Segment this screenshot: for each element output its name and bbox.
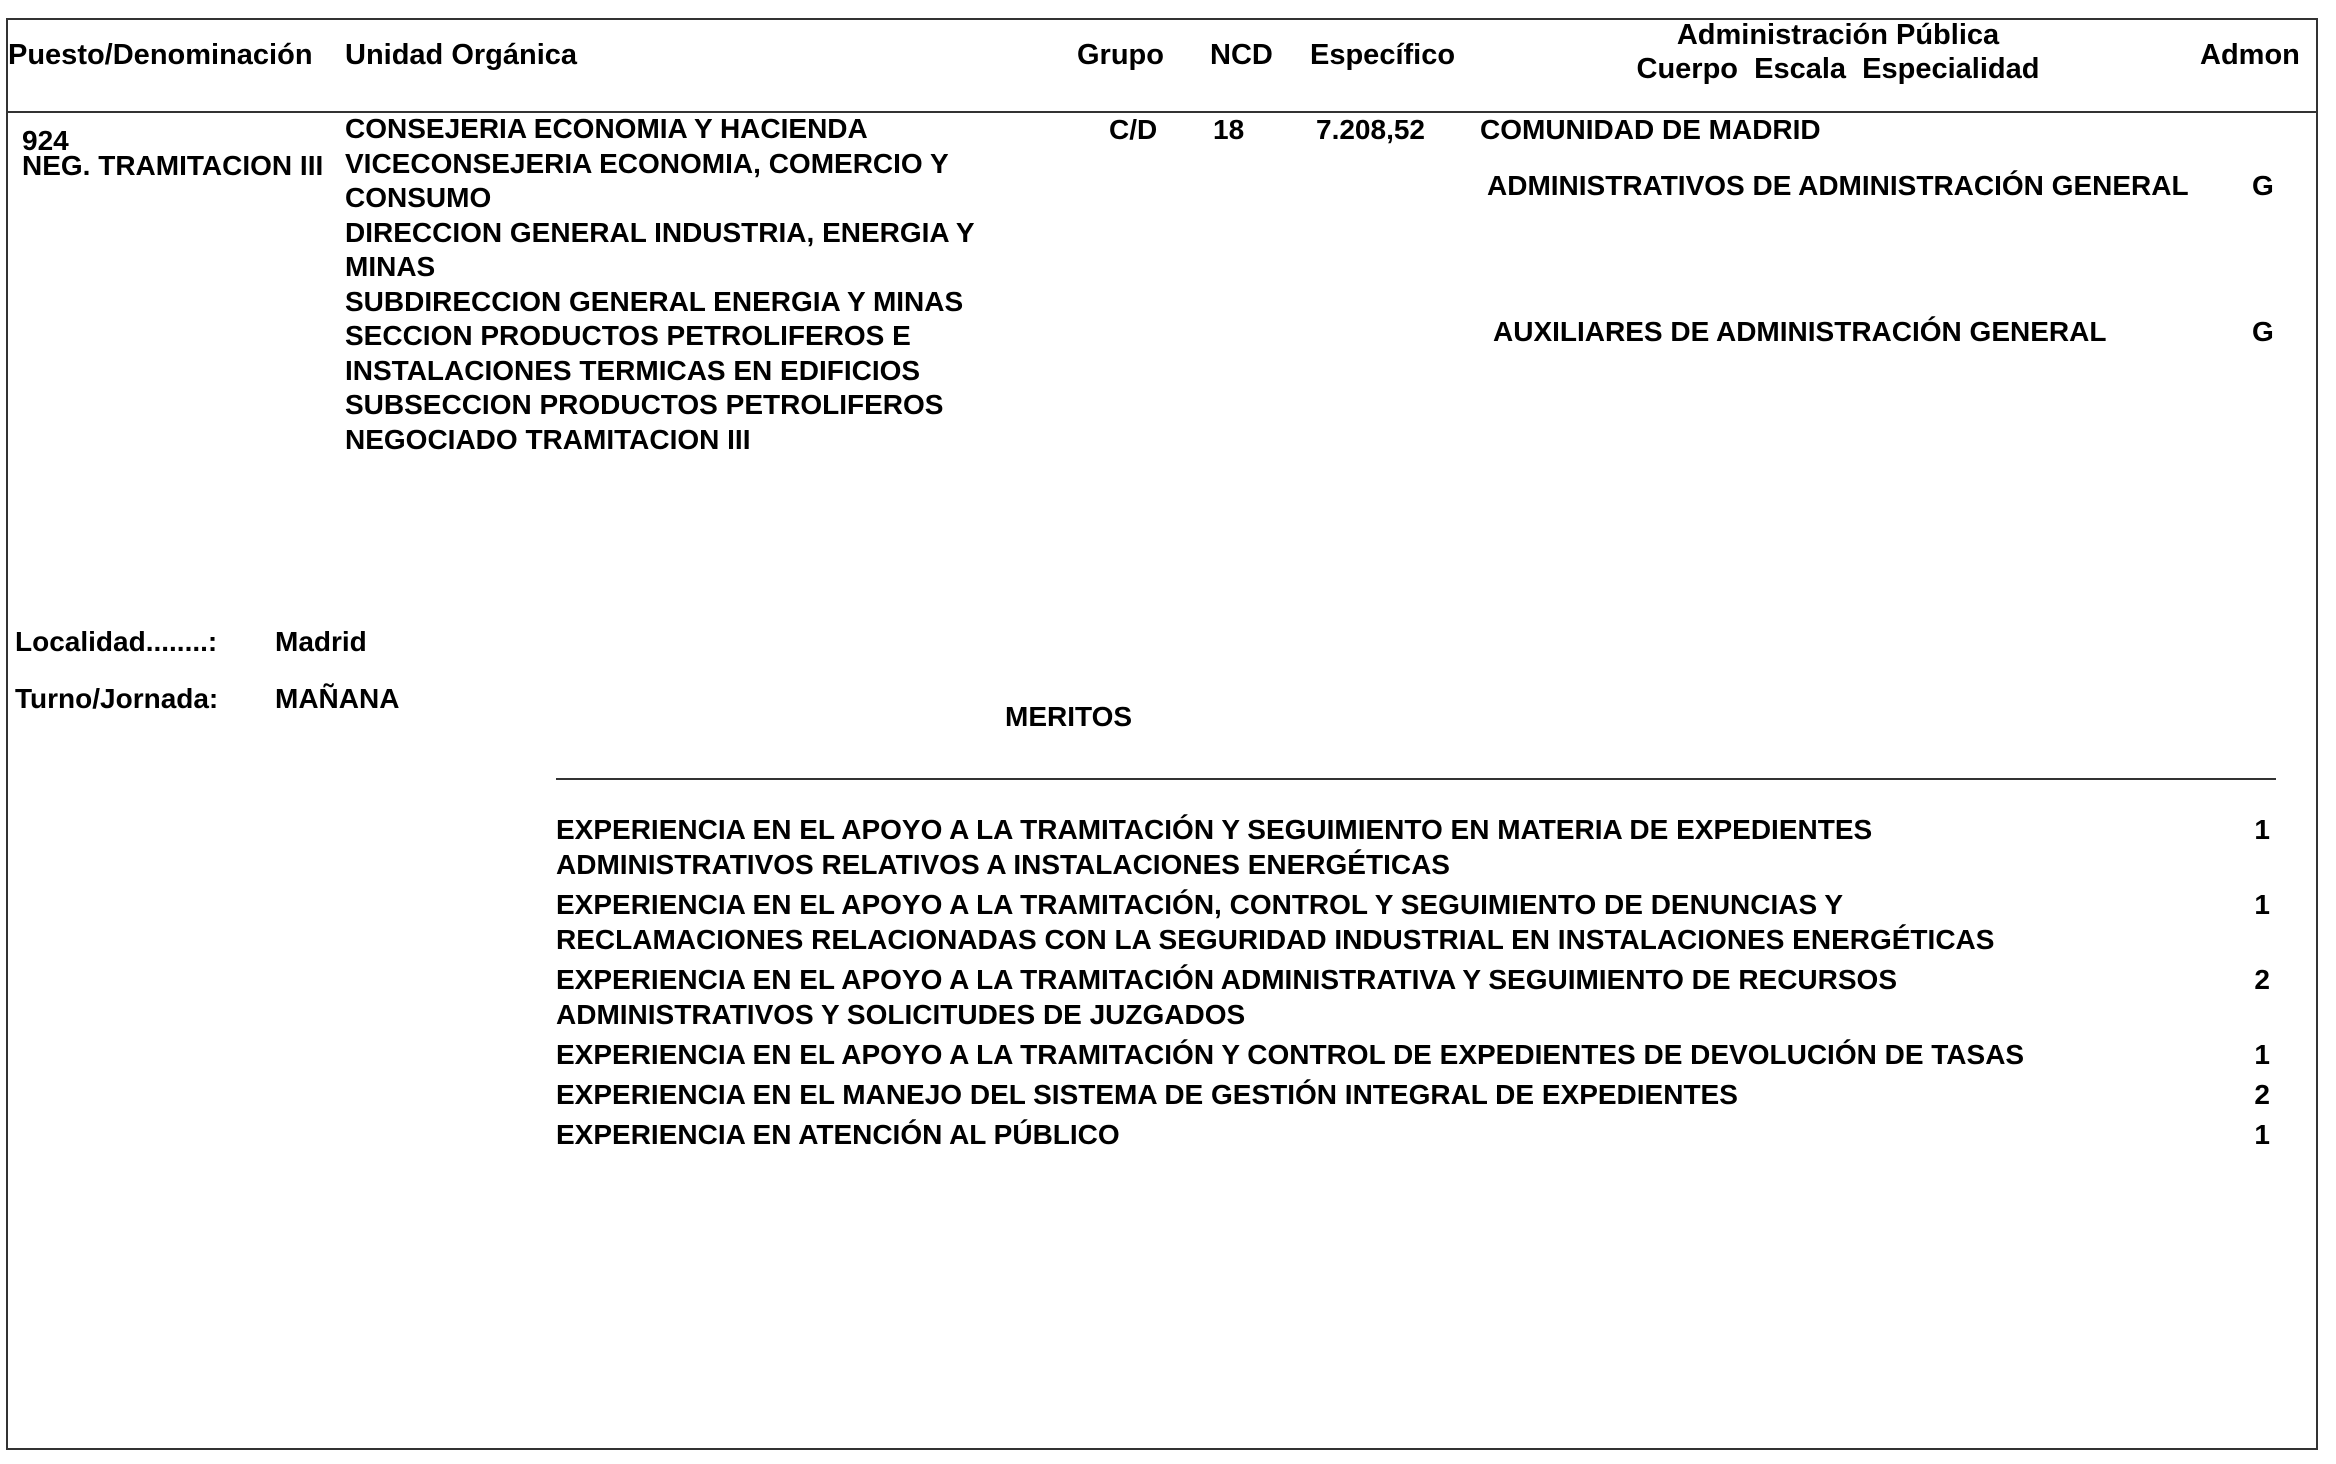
unidad-organica-line: SUBSECCION PRODUCTOS PETROLIFEROS [345,388,975,423]
merito-points: 1 [2254,812,2270,847]
header-administracion-publica: Administración Pública [1588,18,2088,52]
meritos-title: MERITOS [1005,700,1132,734]
turno-value: MAÑANA [275,682,399,716]
puesto-grupo: C/D [1109,113,1157,147]
puesto-denominacion: NEG. TRAMITACION III [22,149,323,183]
header-admon: Admon [2200,38,2300,72]
turno-label: Turno/Jornada: [15,682,218,716]
puesto-especifico: 7.208,52 [1316,113,1425,147]
merito-points: 2 [2254,1077,2270,1112]
merito-text: EXPERIENCIA EN EL APOYO A LA TRAMITACIÓN… [556,1037,2196,1072]
localidad-value: Madrid [275,625,367,659]
merito-text: EXPERIENCIA EN ATENCIÓN AL PÚBLICO [556,1117,2196,1152]
merito-item: EXPERIENCIA EN ATENCIÓN AL PÚBLICO1 [556,1117,2276,1152]
unidad-organica: CONSEJERIA ECONOMIA Y HACIENDAVICECONSEJ… [345,112,975,457]
merito-item: EXPERIENCIA EN EL APOYO A LA TRAMITACIÓN… [556,812,2276,882]
merito-points: 1 [2254,887,2270,922]
header-grupo: Grupo [1077,38,1164,72]
merito-points: 2 [2254,962,2270,997]
unidad-organica-line: MINAS [345,250,975,285]
merito-text: EXPERIENCIA EN EL MANEJO DEL SISTEMA DE … [556,1077,2196,1112]
unidad-organica-line: CONSUMO [345,181,975,216]
unidad-organica-line: CONSEJERIA ECONOMIA Y HACIENDA [345,112,975,147]
merito-points: 1 [2254,1037,2270,1072]
cuerpo-admon: G [2252,315,2274,349]
meritos-divider [556,778,2276,780]
merito-item: EXPERIENCIA EN EL APOYO A LA TRAMITACIÓN… [556,887,2276,957]
unidad-organica-line: VICECONSEJERIA ECONOMIA, COMERCIO Y [345,147,975,182]
unidad-organica-line: SECCION PRODUCTOS PETROLIFEROS E [345,319,975,354]
puesto-administracion: COMUNIDAD DE MADRID [1480,113,1821,147]
header-especifico: Específico [1310,38,1455,72]
unidad-organica-line: SUBDIRECCION GENERAL ENERGIA Y MINAS [345,285,975,320]
header-unidad: Unidad Orgánica [345,38,577,72]
header-puesto: Puesto/Denominación [8,38,313,72]
header-ncd: NCD [1210,38,1273,72]
merito-item: EXPERIENCIA EN EL APOYO A LA TRAMITACIÓN… [556,1037,2276,1072]
localidad-label: Localidad........: [15,625,217,659]
merito-item: EXPERIENCIA EN EL APOYO A LA TRAMITACIÓN… [556,962,2276,1032]
unidad-organica-line: INSTALACIONES TERMICAS EN EDIFICIOS [345,354,975,389]
header-cuerpo-escala-especialidad: Cuerpo Escala Especialidad [1588,52,2088,86]
cuerpo-nombre: ADMINISTRATIVOS DE ADMINISTRACIÓN GENERA… [1487,169,2189,203]
merito-text: EXPERIENCIA EN EL APOYO A LA TRAMITACIÓN… [556,887,2196,957]
merito-text: EXPERIENCIA EN EL APOYO A LA TRAMITACIÓN… [556,962,2196,1032]
cuerpo-nombre: AUXILIARES DE ADMINISTRACIÓN GENERAL [1493,315,2106,349]
merito-item: EXPERIENCIA EN EL MANEJO DEL SISTEMA DE … [556,1077,2276,1112]
unidad-organica-line: DIRECCION GENERAL INDUSTRIA, ENERGIA Y [345,216,975,251]
meritos-list: EXPERIENCIA EN EL APOYO A LA TRAMITACIÓN… [556,812,2276,1157]
cuerpo-admon: G [2252,169,2274,203]
unidad-organica-line: NEGOCIADO TRAMITACION III [345,423,975,458]
puesto-ncd: 18 [1213,113,1244,147]
merito-text: EXPERIENCIA EN EL APOYO A LA TRAMITACIÓN… [556,812,2196,882]
merito-points: 1 [2254,1117,2270,1152]
